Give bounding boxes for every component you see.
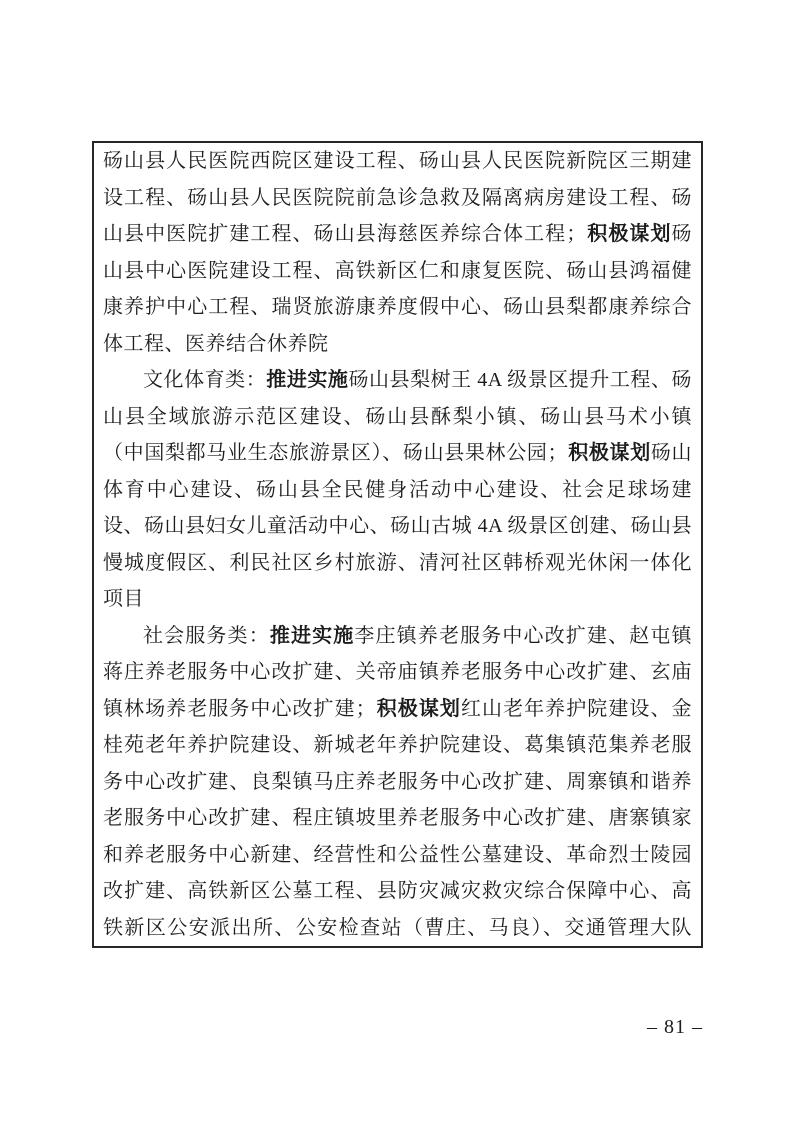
document-page: 砀山县人民医院西院区建设工程、砀山县人民医院新院区三期建设工程、砀山县人民医院院…: [0, 0, 793, 1122]
emphasis-text: 积极谋划: [587, 223, 672, 245]
emphasis-text: 推进实施: [266, 369, 348, 391]
body-text: 砀山体育中心建设、砀山县全民健身活动中心建设、社会足球场建设、砀山县妇女儿童活动…: [103, 442, 692, 610]
text-border-box: 砀山县人民医院西院区建设工程、砀山县人民医院新院区三期建设工程、砀山县人民医院院…: [92, 141, 703, 948]
emphasis-text: 积极谋划: [376, 698, 461, 720]
paragraph-culture-sports: 文化体育类：推进实施砀山县梨树王 4A 级景区提升工程、砀山县全域旅游示范区建设…: [103, 362, 692, 618]
category-label: 社会服务类：: [143, 625, 270, 647]
page-number: – 81 –: [647, 1016, 703, 1039]
category-label: 文化体育类：: [143, 369, 266, 391]
paragraph-medical-continuation: 砀山县人民医院西院区建设工程、砀山县人民医院新院区三期建设工程、砀山县人民医院院…: [103, 143, 692, 362]
emphasis-text: 积极谋划: [568, 442, 651, 464]
emphasis-text: 推进实施: [270, 625, 355, 647]
body-text: 红山老年养护院建设、金桂苑老年养护院建设、新城老年养护院建设、葛集镇范集养老服务…: [103, 698, 692, 949]
paragraph-social-services: 社会服务类：推进实施李庄镇养老服务中心改扩建、赵屯镇蒋庄养老服务中心改扩建、关帝…: [103, 618, 692, 949]
